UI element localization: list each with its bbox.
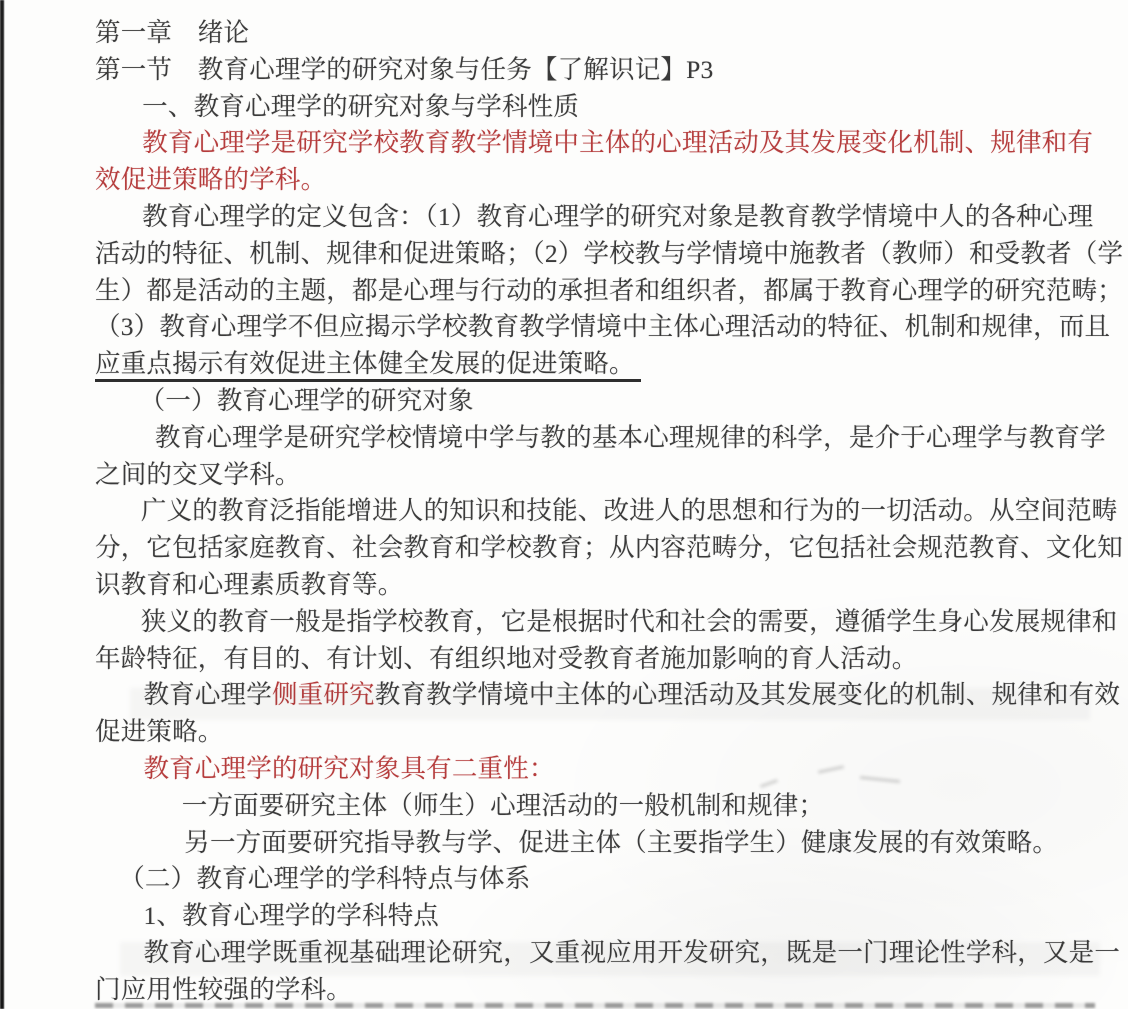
text-line: 活动的特征、机制、规律和促进策略；（2）学校教与学情境中施教者（教师）和受教者（… (95, 236, 1115, 273)
body-text: 另一方面要研究指导教与学、促进主体（主要指学生）健康发展的有效策略。 (184, 828, 1058, 857)
body-text: 分，它包括家庭教育、社会教育和学校教育；从内容范畴分，它包括社会规范教育、文化知 (95, 533, 1123, 562)
text-line: 教育心理学是研究学校情境中学与教的基本心理规律的科学，是介于心理学与教育学 (95, 420, 1115, 457)
text-line: （二）教育心理学的学科特点与体系 (95, 861, 1115, 898)
text-line: 分，它包括家庭教育、社会教育和学校教育；从内容范畴分，它包括社会规范教育、文化知 (95, 530, 1115, 567)
text-line: 教育心理学是研究学校教育教学情境中主体的心理活动及其发展变化机制、规律和有 (95, 125, 1115, 162)
underlined-emphasis-text: 应重点揭示有效促进主体健全发展的促进策略。 (95, 349, 641, 382)
text-line: 教育心理学的研究对象具有二重性： (95, 751, 1115, 788)
body-text: 1、教育心理学的学科特点 (143, 901, 439, 930)
red-emphasis-text: 侧重研究 (272, 680, 375, 709)
body-text: 一方面要研究主体（师生）心理活动的一般机制和规律； (182, 791, 825, 820)
body-text: 年龄特征，有目的、有计划、有组织地对受教育者施加影响的育人活动。 (95, 644, 917, 673)
body-text: （二）教育心理学的学科特点与体系 (119, 864, 530, 893)
body-text: 门应用性较强的学科。 (95, 975, 352, 1004)
body-text: 活动的特征、机制、规律和促进策略；（2）学校教与学情境中施教者（教师）和受教者（… (95, 239, 1123, 268)
body-text: 教育心理学是研究学校情境中学与教的基本心理规律的科学，是介于心理学与教育学 (155, 423, 1106, 452)
red-emphasis-text: 效促进策略的学科。 (95, 165, 326, 194)
scanned-document-page: 第一章 绪论第一节 教育心理学的研究对象与任务【了解识记】P3一、教育心理学的研… (0, 0, 1128, 1009)
text-line: 效促进策略的学科。 (95, 162, 1115, 199)
text-line: 教育心理学侧重研究教育教学情境中主体的心理活动及其发展变化的机制、规律和有效 (95, 677, 1115, 714)
body-text: 生）都是活动的主题，都是心理与行动的承担者和组织者，都属于教育心理学的研究范畴； (95, 276, 1123, 305)
text-line: 狭义的教育一般是指学校教育，它是根据时代和社会的需要，遵循学生身心发展规律和 (95, 604, 1115, 641)
text-line: 促进策略。 (95, 714, 1115, 751)
text-line: 广义的教育泛指能增进人的知识和技能、改进人的思想和行为的一切活动。从空间范畴 (95, 493, 1115, 530)
text-line: 教育心理学的定义包含：（1）教育心理学的研究对象是教育教学情境中人的各种心理 (95, 199, 1115, 236)
text-line: 年龄特征，有目的、有计划、有组织地对受教育者施加影响的育人活动。 (95, 641, 1115, 678)
text-line: 另一方面要研究指导教与学、促进主体（主要指学生）健康发展的有效策略。 (95, 825, 1115, 862)
body-text: 教育心理学 (143, 680, 272, 709)
body-text: （3）教育心理学不但应揭示学校教育教学情境中主体心理活动的特征、机制和规律，而且 (95, 312, 1110, 341)
red-emphasis-text: 教育心理学是研究学校教育教学情境中主体的心理活动及其发展变化机制、规律和有 (142, 128, 1093, 157)
scan-left-edge (0, 0, 4, 1009)
text-line: 识教育和心理素质教育等。 (95, 567, 1115, 604)
text-line: 应重点揭示有效促进主体健全发展的促进策略。 (95, 346, 1115, 383)
text-line: （3）教育心理学不但应揭示学校教育教学情境中主体心理活动的特征、机制和规律，而且 (95, 309, 1115, 346)
text-line: 教育心理学既重视基础理论研究，又重视应用开发研究，既是一门理论性学科，又是一 (95, 935, 1115, 972)
cutoff-next-line-sliver (95, 1003, 1095, 1008)
text-line: （一）教育心理学的研究对象 (95, 383, 1115, 420)
body-text: 第一章 绪论 (95, 18, 249, 47)
text-line: 生）都是活动的主题，都是心理与行动的承担者和组织者，都属于教育心理学的研究范畴； (95, 273, 1115, 310)
text-line: 一、教育心理学的研究对象与学科性质 (95, 89, 1115, 126)
text-line: 一方面要研究主体（师生）心理活动的一般机制和规律； (95, 788, 1115, 825)
body-text: 教育心理学的定义包含：（1）教育心理学的研究对象是教育教学情境中人的各种心理 (142, 202, 1093, 231)
body-text: 教育教学情境中主体的心理活动及其发展变化的机制、规律和有效 (375, 680, 1120, 709)
body-text: 狭义的教育一般是指学校教育，它是根据时代和社会的需要，遵循学生身心发展规律和 (141, 607, 1118, 636)
red-emphasis-text: 教育心理学的研究对象具有二重性： (143, 754, 554, 783)
body-text: 促进策略。 (95, 717, 224, 746)
body-text: 广义的教育泛指能增进人的知识和技能、改进人的思想和行为的一切活动。从空间范畴 (141, 496, 1118, 525)
body-text: 之间的交叉学科。 (95, 460, 301, 489)
text-line: 之间的交叉学科。 (95, 457, 1115, 494)
document-lines: 第一章 绪论第一节 教育心理学的研究对象与任务【了解识记】P3一、教育心理学的研… (95, 15, 1115, 1009)
body-text: 识教育和心理素质教育等。 (95, 570, 403, 599)
body-text: 教育心理学既重视基础理论研究，又重视应用开发研究，既是一门理论性学科，又是一 (143, 938, 1120, 967)
body-text: （一）教育心理学的研究对象 (140, 386, 474, 415)
text-line: 1、教育心理学的学科特点 (95, 898, 1115, 935)
text-line: 第一章 绪论 (95, 15, 1115, 52)
body-text: 第一节 教育心理学的研究对象与任务【了解识记】P3 (95, 55, 713, 84)
text-line: 第一节 教育心理学的研究对象与任务【了解识记】P3 (95, 52, 1115, 89)
body-text: 一、教育心理学的研究对象与学科性质 (142, 92, 579, 121)
